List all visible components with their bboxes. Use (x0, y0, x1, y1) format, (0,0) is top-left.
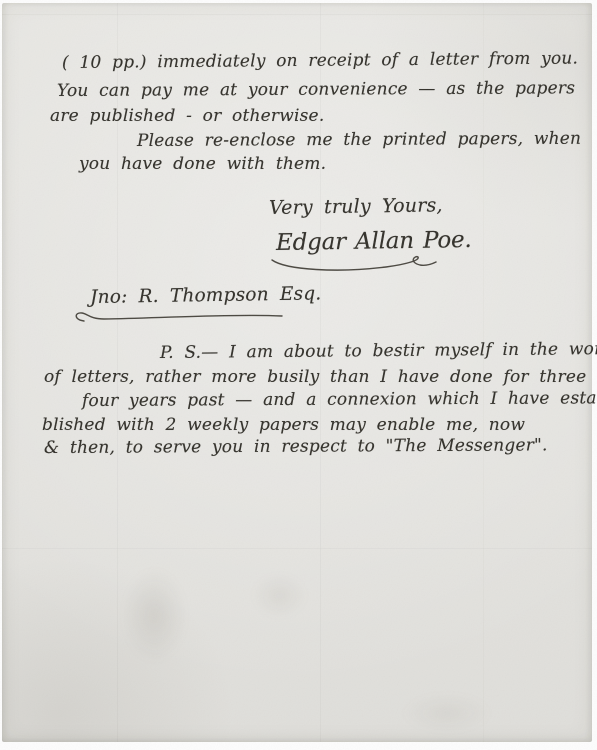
postscript-line: & then, to serve you in respect to "The … (44, 435, 548, 458)
postscript-line: P. S.— I am about to bestir myself in th… (160, 339, 597, 363)
addressee-line: Jno: R. Thompson Esq. (90, 283, 322, 308)
signature: Edgar Allan Poe. (276, 227, 472, 256)
addressee-underline-flourish (70, 308, 292, 326)
letter-body-line: You can pay me at your convenience — as … (57, 78, 575, 101)
letter-body-line: you have done with them. (79, 154, 326, 174)
closing-line: Very truly Yours, (269, 194, 443, 219)
letter-body-line: are published - or otherwise. (50, 106, 324, 126)
horizontal-fold-crease (2, 14, 592, 15)
postscript-line: blished with 2 weekly papers may enable … (42, 415, 525, 435)
paper-smudge (402, 693, 492, 733)
paper-smudge (122, 568, 187, 663)
postscript-line: of letters, rather more busily than I ha… (44, 367, 597, 387)
letter-body-line: Please re-enclose me the printed papers,… (137, 129, 581, 151)
horizontal-fold-crease (2, 548, 592, 549)
postscript-line: four years past — and a connexion which … (82, 388, 597, 411)
scanned-letter-page: ( 10 pp.) immediately on receipt of a le… (0, 0, 597, 750)
paper-smudge (252, 573, 307, 618)
letter-paper: ( 10 pp.) immediately on receipt of a le… (2, 3, 592, 742)
signature-underline-flourish (268, 254, 446, 276)
letter-body-line: ( 10 pp.) immediately on receipt of a le… (62, 48, 578, 73)
